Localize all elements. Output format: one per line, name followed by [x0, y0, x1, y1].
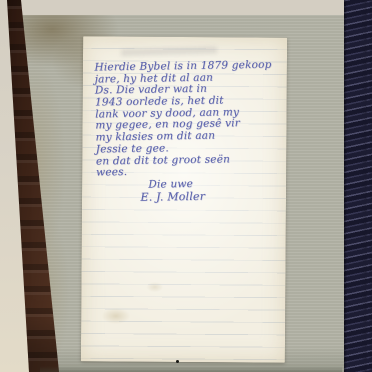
- cloth-bottom-shade: [40, 366, 342, 372]
- note-paper: Hierdie Bybel is in 1879 gekoop jare, hy…: [81, 36, 287, 362]
- pencil-smudge: [121, 47, 217, 57]
- note-signature: E. J. Moller: [140, 189, 281, 203]
- handwritten-note: Hierdie Bybel is in 1879 gekoop jare, hy…: [94, 60, 281, 204]
- book-cover-edge-marbled: [344, 0, 372, 372]
- ink-dot: [176, 360, 179, 363]
